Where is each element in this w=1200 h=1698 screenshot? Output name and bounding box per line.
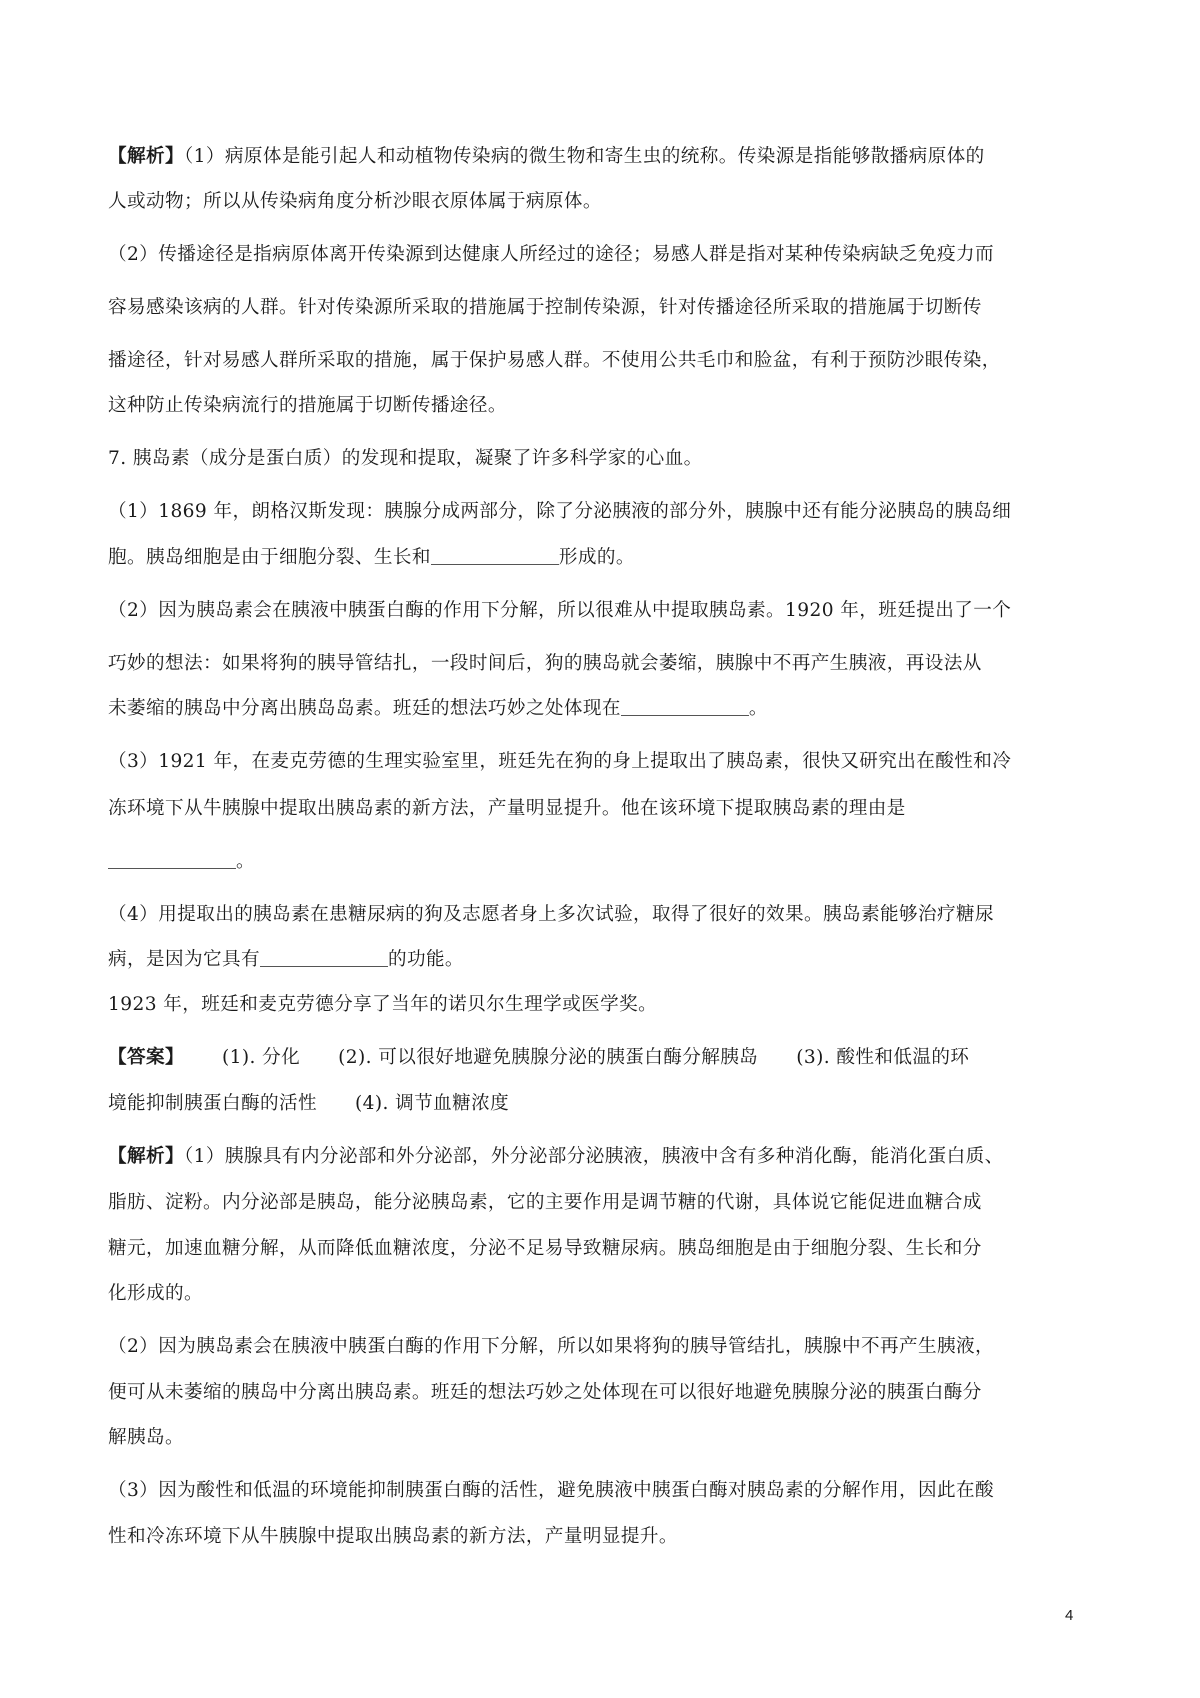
answer-blank-1 — [431, 546, 559, 565]
text-line: （4）用提取出的胰岛素在患糖尿病的狗及志愿者身上多次试验，取得了很好的效果。胰岛… — [108, 903, 994, 927]
text-line: （1）1869 年，朗格汉斯发现：胰腺分成两部分，除了分泌胰液的部分外，胰腺中还… — [108, 500, 1011, 524]
text-line: 这种防止传染病流行的措施属于切断传播途径。 — [108, 394, 507, 418]
text-line: 糖元，加速血糖分解，从而降低血糖浓度，分泌不足易导致糖尿病。胰岛细胞是由于细胞分… — [108, 1237, 982, 1261]
text-line: 1923 年，班廷和麦克劳德分享了当年的诺贝尔生理学或医学奖。 — [108, 993, 657, 1017]
question-stem: 7. 胰岛素（成分是蛋白质）的发现和提取，凝聚了许多科学家的心血。 — [108, 447, 703, 471]
text-line: 脂肪、淀粉。内分泌部是胰岛，能分泌胰岛素，它的主要作用是调节糖的代谢，具体说它能… — [108, 1191, 982, 1215]
text-line: 化形成的。 — [108, 1282, 203, 1306]
text-line: （2）因为胰岛素会在胰液中胰蛋白酶的作用下分解，所以如果将狗的胰导管结扎，胰腺中… — [108, 1335, 994, 1359]
answer-line: 【答案】(1). 分化(2). 可以很好地避免胰腺分泌的胰蛋白酶分解胰岛(3).… — [108, 1046, 969, 1070]
answer-line: 境能抑制胰蛋白酶的活性(4). 调节血糖浓度 — [108, 1092, 509, 1116]
text-line: 。 — [108, 850, 255, 874]
analysis-label: 【解析】 — [108, 1146, 184, 1167]
text-line: 病，是因为它具有的功能。 — [108, 948, 464, 972]
answer-blank-3 — [108, 850, 236, 869]
text-line: （3）因为酸性和低温的环境能抑制胰蛋白酶的活性，避免胰液中胰蛋白酶对胰岛素的分解… — [108, 1479, 994, 1503]
analysis-paragraph: 【解析】（1）胰腺具有内分泌部和外分泌部，外分泌部分泌胰液，胰液中含有多种消化酶… — [108, 1145, 1004, 1169]
text-line: （2）因为胰岛素会在胰液中胰蛋白酶的作用下分解，所以很难从中提取胰岛素。1920… — [108, 599, 1011, 623]
text-line: 人或动物；所以从传染病角度分析沙眼衣原体属于病原体。 — [108, 190, 602, 214]
text-line: 播途径，针对易感人群所采取的措施，属于保护易感人群。不使用公共毛巾和脸盆，有利于… — [108, 349, 1001, 373]
analysis-label: 【解析】 — [108, 146, 184, 167]
text-line: 冻环境下从牛胰腺中提取出胰岛素的新方法，产量明显提升。他在该环境下提取胰岛素的理… — [108, 797, 906, 821]
text-line: 便可从未萎缩的胰岛中分离出胰岛素。班廷的想法巧妙之处体现在可以很好地避免胰腺分泌… — [108, 1381, 982, 1405]
answer-blank-2 — [621, 697, 749, 716]
page-number: 4 — [1065, 1607, 1073, 1624]
text-line: 容易感染该病的人群。针对传染源所采取的措施属于控制传染源，针对传播途径所采取的措… — [108, 296, 982, 320]
answer-blank-4 — [260, 948, 388, 967]
answer-label: 【答案】 — [108, 1047, 184, 1068]
text-line: 解胰岛。 — [108, 1426, 184, 1450]
text-line: 巧妙的想法：如果将狗的胰导管结扎，一段时间后，狗的胰岛就会萎缩，胰腺中不再产生胰… — [108, 652, 982, 676]
text-line: 未萎缩的胰岛中分离出胰岛岛素。班廷的想法巧妙之处体现在。 — [108, 697, 768, 721]
text-line: （3）1921 年，在麦克劳德的生理实验室里，班廷先在狗的身上提取出了胰岛素，很… — [108, 750, 1011, 774]
text-line: 性和冷冻环境下从牛胰腺中提取出胰岛素的新方法，产量明显提升。 — [108, 1525, 678, 1549]
analysis-paragraph: 【解析】（1）病原体是能引起人和动植物传染病的微生物和寄生虫的统称。传染源是指能… — [108, 145, 985, 169]
text-line: （2）传播途径是指病原体离开传染源到达健康人所经过的途径；易感人群是指对某种传染… — [108, 243, 994, 267]
text-line: 胞。胰岛细胞是由于细胞分裂、生长和形成的。 — [108, 546, 635, 570]
